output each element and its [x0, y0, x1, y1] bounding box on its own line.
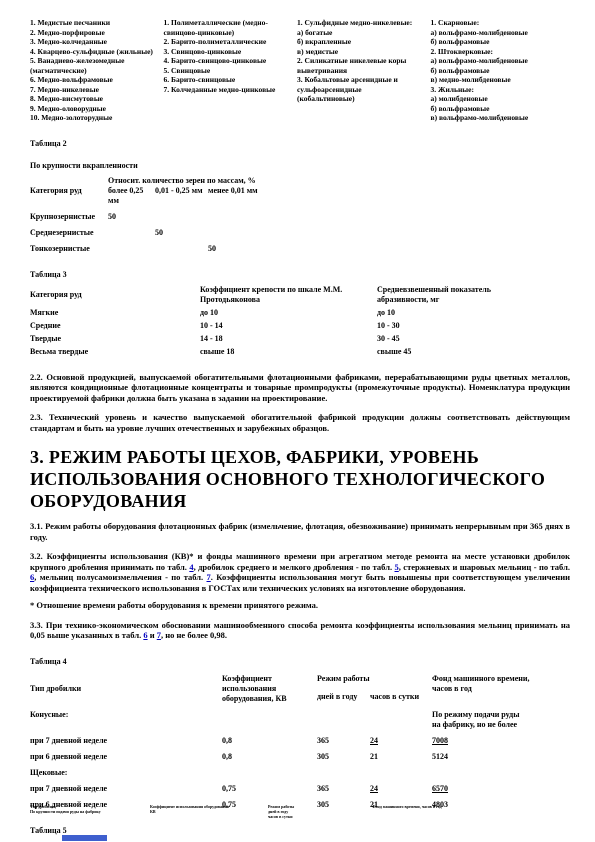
- row-label: Средние: [30, 321, 200, 331]
- cell: 14 - 18: [200, 334, 377, 344]
- heading-line: 3. РЕЖИМ РАБОТЫ ЦЕХОВ, ФАБРИКИ, УРОВЕНЬ: [30, 446, 570, 468]
- cell: 50: [108, 212, 155, 222]
- list-item: б) вольфрамовые: [431, 37, 570, 47]
- paragraph-2-3: 2.3. Технический уровень и качество выпу…: [30, 412, 570, 433]
- text-segment: , дробилок среднего и мелкого дробления …: [194, 562, 395, 572]
- cell-fund: 5124: [432, 752, 570, 762]
- table-3: Категория руд Коэффициент крепости по шк…: [30, 285, 570, 357]
- footer-block: Тип дробилкиПо крупности подачи руды на …: [30, 804, 150, 814]
- table4-header: Тип дробилки Коэффициент использования о…: [30, 674, 570, 704]
- cell: 10 - 14: [200, 321, 377, 331]
- list-item: а) молибденовые: [431, 94, 570, 104]
- table-row: Крупнозернистые 50: [30, 212, 570, 222]
- list-item: 2. Штокверковые:: [431, 47, 570, 57]
- text-segment: , но не более 0,98.: [161, 630, 227, 640]
- list-item: 6. Медно-вольфрамовые: [30, 75, 154, 85]
- list-item: 2. Барито-полиметаллические: [164, 37, 288, 47]
- table2-header: Категория руд Относит. количество зерен …: [30, 176, 570, 206]
- table-row: при 7 дневной неделе 0,8 365 24 7008: [30, 736, 570, 746]
- table4-caption: Таблица 4: [30, 657, 570, 666]
- cell: 10 - 30: [377, 321, 570, 331]
- cell-hours: 24: [370, 736, 432, 746]
- list-item: 1. Полиметаллические (медно-свинцово-цин…: [164, 18, 288, 37]
- list-item: 1. Скарновые:: [431, 18, 570, 28]
- cell-hours: [370, 710, 432, 730]
- table-row: Тонкозернистые 50: [30, 244, 570, 254]
- cell-fund: [432, 768, 570, 778]
- table-2: По крупности вкрапленности Категория руд…: [30, 161, 570, 254]
- table4-col-kv: Коэффициент использования оборудования, …: [222, 674, 317, 704]
- list-item: в) медистые: [297, 47, 421, 57]
- table4-col-type: Тип дробилки: [30, 674, 222, 704]
- list-item: 1. Медистые песчаники: [30, 18, 154, 28]
- list-item: 4. Барито-свинцово-цинковые: [164, 56, 288, 66]
- text-segment: и: [148, 630, 157, 640]
- list-item: 3. Медно-колчеданные: [30, 37, 154, 47]
- cell-days: [317, 710, 370, 730]
- row-label: Конусные:: [30, 710, 222, 730]
- ore-list-nickel: 1. Сульфидные медно-никелевые:а) богатые…: [297, 18, 421, 123]
- table4-body: Конусные: По режиму подачи руды на фабри…: [30, 710, 570, 810]
- table3-col2: Коэффициент крепости по шкале М.М. Прото…: [200, 285, 377, 305]
- list-item: в) вольфрамо-молибденовые: [431, 113, 570, 123]
- list-item: 3. Жильные:: [431, 85, 570, 95]
- row-label: при 6 дневной неделе: [30, 752, 222, 762]
- table2-subcol: менее 0,01 мм: [208, 186, 270, 206]
- list-item: б) вкрапленные: [297, 37, 421, 47]
- ore-list-copper: 1. Медистые песчаники2. Медно-порфировые…: [30, 18, 154, 123]
- cell: [155, 244, 208, 254]
- table3-caption: Таблица 3: [30, 270, 570, 279]
- table-row: Мягкие до 10 до 10: [30, 308, 570, 318]
- heading-line: ОБОРУДОВАНИЯ: [30, 490, 570, 512]
- document-page: 1. Медистые песчаники2. Медно-порфировые…: [0, 0, 595, 835]
- ore-type-lists: 1. Медистые песчаники2. Медно-порфировые…: [30, 18, 570, 123]
- ore-list-tungsten: 1. Скарновые:а) вольфрамо-молибденовыеб)…: [431, 18, 570, 123]
- row-label: Щековые:: [30, 768, 222, 778]
- table2-col-group: Относит. количество зерен по массам, %: [108, 176, 270, 186]
- list-item: 2. Медно-порфировые: [30, 28, 154, 38]
- cell-kv: [222, 710, 317, 730]
- cell: 50: [208, 244, 270, 254]
- list-item: 8. Медно-висмутовые: [30, 94, 154, 104]
- table3-header: Категория руд Коэффициент крепости по шк…: [30, 285, 570, 305]
- list-item: 2. Силикатные никелевые коры выветривани…: [297, 56, 421, 75]
- cell-days: 365: [317, 784, 370, 794]
- row-label: Среднезернистые: [30, 228, 108, 238]
- paragraph-3-1: 3.1. Режим работы оборудования флотацион…: [30, 521, 570, 542]
- paragraph-3-3: 3.3. При технико-экономическом обоснован…: [30, 620, 570, 641]
- row-label: Мягкие: [30, 308, 200, 318]
- cell-days: 365: [317, 736, 370, 746]
- text-segment: , стержневых и шаровых мельниц - по табл…: [399, 562, 570, 572]
- footer-block: Коэффициент использования оборудованияКВ: [150, 804, 235, 814]
- table-row: Конусные: По режиму подачи руды на фабри…: [30, 710, 570, 730]
- text-segment: , мельниц полусамоизмельчения - по табл.: [34, 572, 206, 582]
- section-3-heading: 3. РЕЖИМ РАБОТЫ ЦЕХОВ, ФАБРИКИ, УРОВЕНЬ …: [30, 446, 570, 512]
- list-item: 7. Колчеданные медно-цинковые: [164, 85, 288, 95]
- cell-hours: 24: [370, 784, 432, 794]
- cell: [108, 244, 155, 254]
- table3-col3: Средневзвешенный показатель абразивности…: [377, 285, 570, 305]
- table4-mode-title: Режим работы: [317, 674, 432, 684]
- table2-subtitle: По крупности вкрапленности: [30, 161, 570, 171]
- table-row: Средние 10 - 14 10 - 30: [30, 321, 570, 331]
- list-item: а) богатые: [297, 28, 421, 38]
- footnote: * Отношение времени работы оборудования …: [30, 600, 570, 611]
- list-item: 7. Медно-никелевые: [30, 85, 154, 95]
- table-row: Щековые:: [30, 768, 570, 778]
- table-row: Среднезернистые 50: [30, 228, 570, 238]
- list-item: 9. Медно-оловорудные: [30, 104, 154, 114]
- table4-col-hours: часов в сутки: [370, 692, 419, 702]
- list-item: 5. Ванадиево-железомедные (магматические…: [30, 56, 154, 75]
- heading-line: ИСПОЛЬЗОВАНИЯ ОСНОВНОГО ТЕХНОЛОГИЧЕСКОГО: [30, 468, 570, 490]
- table2-caption: Таблица 2: [30, 139, 570, 148]
- list-item: в) медно-молибденовые: [431, 75, 570, 85]
- list-item: б) вольфрамовые: [431, 104, 570, 114]
- table4-col-fund: Фонд машинного времени, часов в год: [432, 674, 570, 704]
- list-item: 10. Медно-золоторудные: [30, 113, 154, 123]
- footer-block: Режим работыдней в годучасов в сутки: [268, 804, 363, 819]
- row-label: при 7 дневной неделе: [30, 784, 222, 794]
- list-item: 4. Кварцево-сульфидные (жильные): [30, 47, 154, 57]
- row-label: Крупнозернистые: [30, 212, 108, 222]
- row-label: при 7 дневной неделе: [30, 736, 222, 746]
- table2-subcol: 0,01 - 0,25 мм: [155, 186, 208, 206]
- paragraph-2-2: 2.2. Основной продукцией, выпускаемой об…: [30, 372, 570, 404]
- list-item: 5. Свинцовые: [164, 66, 288, 76]
- cell-fund: По режиму подачи руды на фабрику, но не …: [432, 710, 570, 730]
- row-label: Тонкозернистые: [30, 244, 108, 254]
- cell: [155, 212, 208, 222]
- cell: [208, 228, 270, 238]
- cell: [108, 228, 155, 238]
- cell-fund: 7008: [432, 736, 570, 746]
- cell-kv: 0,8: [222, 752, 317, 762]
- list-item: 1. Сульфидные медно-никелевые:: [297, 18, 421, 28]
- table-row: Твердые 14 - 18 30 - 45: [30, 334, 570, 344]
- list-item: а) вольфрамо-молибденовые: [431, 56, 570, 66]
- table2-body: Крупнозернистые 50 Среднезернистые 50 То…: [30, 212, 570, 254]
- cell: свыше 45: [377, 347, 570, 357]
- table3-body: Мягкие до 10 до 10 Средние 10 - 14 10 - …: [30, 308, 570, 357]
- list-item: 3. Свинцово-цинковые: [164, 47, 288, 57]
- table2-subheaders: более 0,25 мм 0,01 - 0,25 мм менее 0,01 …: [108, 186, 270, 206]
- cell-days: [317, 768, 370, 778]
- table-row: при 6 дневной неделе 0,8 305 21 5124: [30, 752, 570, 762]
- list-item: б) вольфрамовые: [431, 66, 570, 76]
- list-item: а) вольфрамо-молибденовые: [431, 28, 570, 38]
- paragraph-3-2: 3.2. Коэффициенты использования (КВ)* и …: [30, 551, 570, 593]
- cell-hours: 21: [370, 752, 432, 762]
- table-row: Весьма твердые свыше 18 свыше 45: [30, 347, 570, 357]
- cell: 50: [155, 228, 208, 238]
- cell: до 10: [377, 308, 570, 318]
- table2-col-category: Категория руд: [30, 176, 108, 206]
- table4-col-days: дней в году: [317, 692, 370, 702]
- row-label: Весьма твердые: [30, 347, 200, 357]
- table3-col1: Категория руд: [30, 285, 200, 305]
- cell-days: 305: [317, 752, 370, 762]
- cell-kv: 0,8: [222, 736, 317, 746]
- cell: [208, 212, 270, 222]
- footer-accent-bar: [62, 835, 107, 841]
- table-4: Тип дробилки Коэффициент использования о…: [30, 674, 570, 810]
- table2-subcol: более 0,25 мм: [108, 186, 155, 206]
- table4-col-mode: Режим работы дней в году часов в сутки: [317, 674, 432, 704]
- cell: до 10: [200, 308, 377, 318]
- table-row: при 7 дневной неделе 0,75 365 24 6570: [30, 784, 570, 794]
- footer-block: Фонд машинного времени, часов в год: [372, 804, 482, 809]
- ore-list-polymetallic: 1. Полиметаллические (медно-свинцово-цин…: [164, 18, 288, 123]
- list-item: 3. Кобальтовые арсенидные и сульфоарсени…: [297, 75, 421, 104]
- list-item: 6. Барито-свинцовые: [164, 75, 288, 85]
- cell-fund: 6570: [432, 784, 570, 794]
- table5-caption: Таблица 5: [30, 826, 570, 835]
- text-segment: 3.3. При технико-экономическом обоснован…: [30, 620, 570, 641]
- cell-hours: [370, 768, 432, 778]
- cell-kv: [222, 768, 317, 778]
- cell: 30 - 45: [377, 334, 570, 344]
- cell-kv: 0,75: [222, 784, 317, 794]
- row-label: Твердые: [30, 334, 200, 344]
- cell: свыше 18: [200, 347, 377, 357]
